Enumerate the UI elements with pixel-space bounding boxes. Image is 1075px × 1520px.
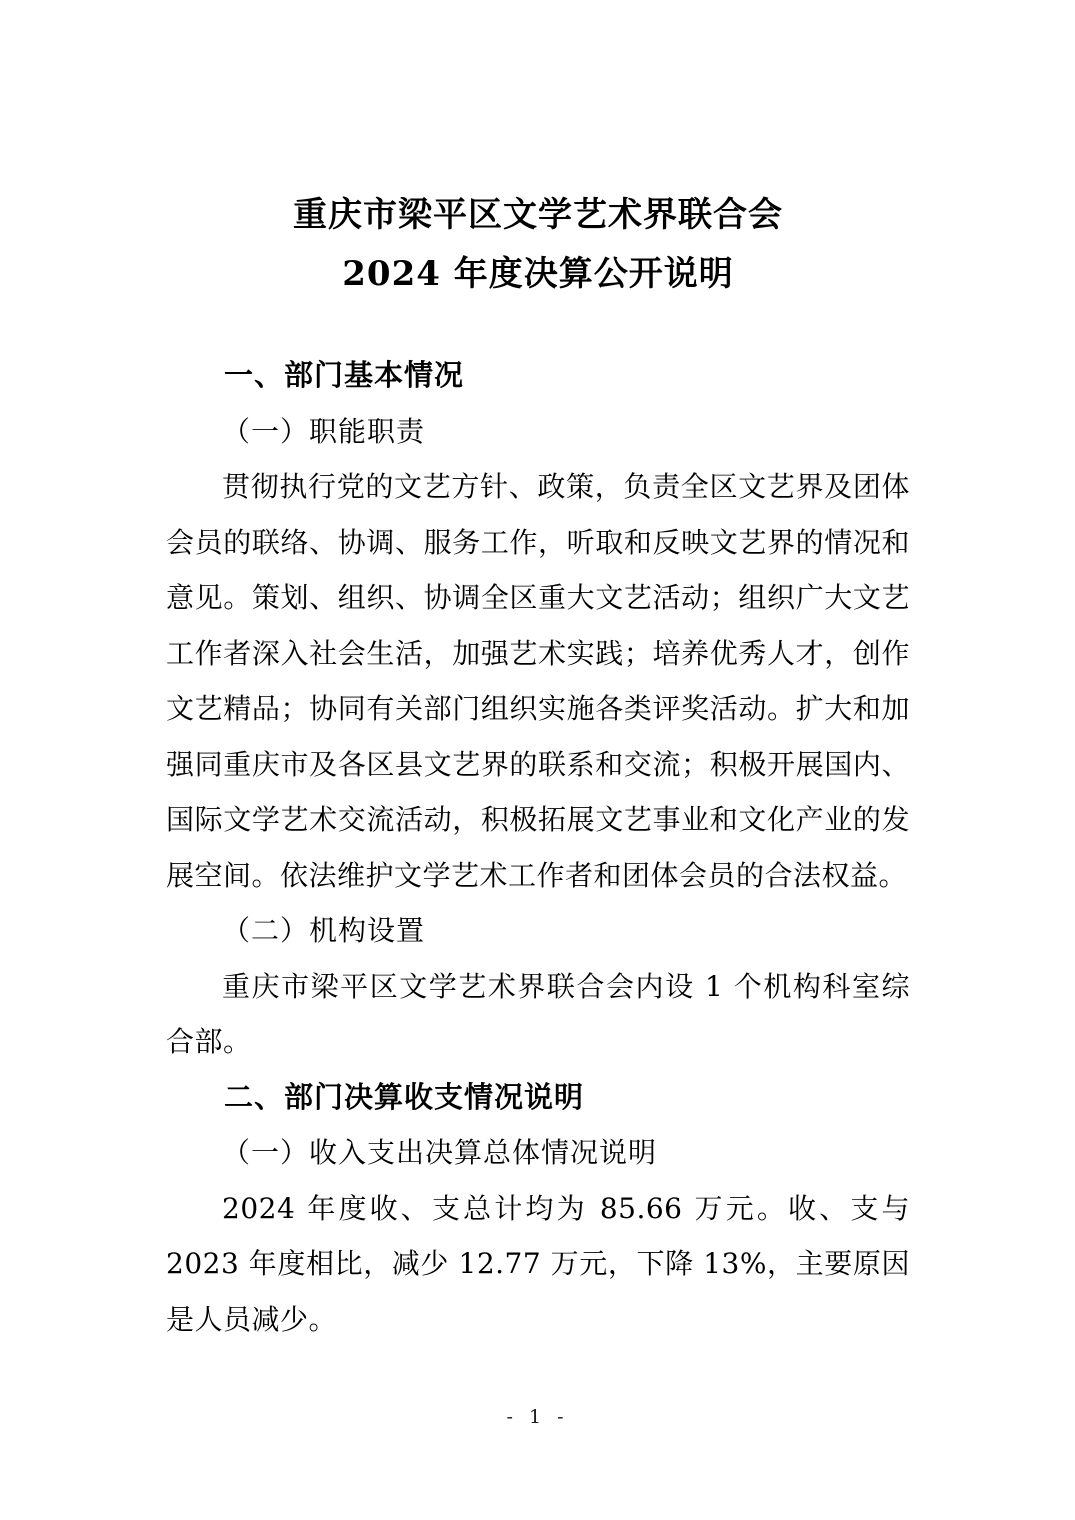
section-1-1-heading: （一）职能职责 (166, 404, 910, 460)
document-title: 重庆市梁平区文学艺术界联合会 2024 年度决算公开说明 (166, 186, 910, 304)
document-body: 一、部门基本情况 （一）职能职责 贯彻执行党的文艺方针、政策，负责全区文艺界及团… (166, 348, 910, 1347)
section-2-heading: 二、部门决算收支情况说明 (166, 1070, 910, 1126)
section-1-2-heading: （二）机构设置 (166, 903, 910, 959)
section-1-heading: 一、部门基本情况 (166, 348, 910, 404)
document-title-line-1: 重庆市梁平区文学艺术界联合会 (166, 186, 910, 245)
paragraph-budget-overview: 2024 年度收、支总计均为 85.66 万元。收、支与 2023 年度相比，减… (166, 1181, 910, 1348)
document-page: 重庆市梁平区文学艺术界联合会 2024 年度决算公开说明 一、部门基本情况 （一… (0, 0, 1075, 1520)
paragraph-organization: 重庆市梁平区文学艺术界联合会内设 1 个机构科室综合部。 (166, 959, 910, 1070)
document-title-line-2: 2024 年度决算公开说明 (166, 245, 910, 304)
section-2-1-heading: （一）收入支出决算总体情况说明 (166, 1125, 910, 1181)
page-number: - 1 - (0, 1406, 1075, 1428)
paragraph-duties: 贯彻执行党的文艺方针、政策，负责全区文艺界及团体会员的联络、协调、服务工作，听取… (166, 459, 910, 903)
